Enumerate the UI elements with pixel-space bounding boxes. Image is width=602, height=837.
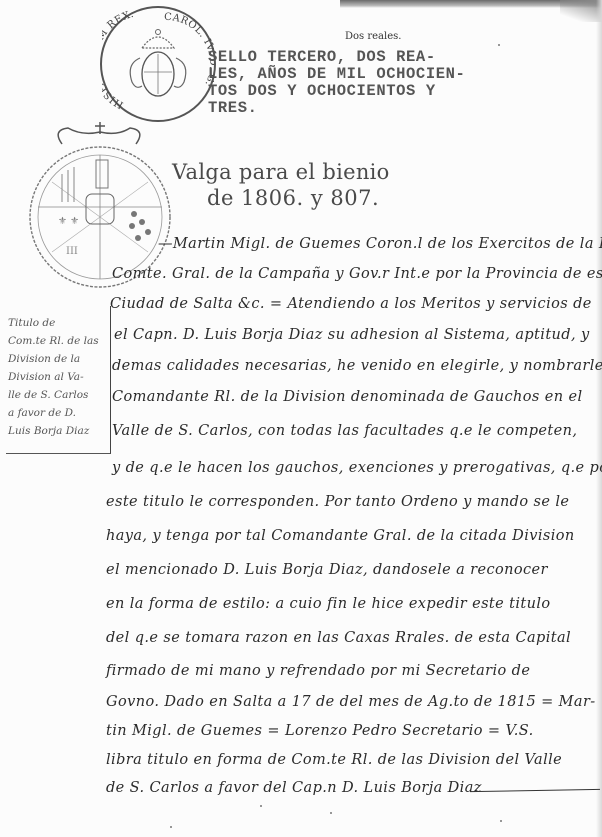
body-line: —Martin Migl. de Guemes Coron.l de los E… xyxy=(158,236,602,252)
margin-line: Titulo de xyxy=(8,314,108,332)
stamp-printed-text: Sello tercero, dos rea- les, años de mil… xyxy=(208,49,598,117)
stamp-line: tos dos y ochocientos y xyxy=(208,83,598,100)
ink-speck xyxy=(498,44,500,46)
body-line: haya, y tenga por tal Comandante Gral. d… xyxy=(106,528,575,544)
margin-annotation: Titulo de Com.te Rl. de las Division de … xyxy=(8,314,108,440)
body-line: Comandante Rl. de la Division denominada… xyxy=(112,389,583,405)
body-line: del q.e se tomara razon en las Caxas Rra… xyxy=(106,630,571,646)
ink-speck xyxy=(330,812,332,814)
ink-speck xyxy=(170,826,172,828)
body-line: firmado de mi mano y refrendado por mi S… xyxy=(106,663,530,679)
body-line: Ciudad de Salta &c. = Atendiendo a los M… xyxy=(110,296,592,312)
royal-seal-stamp-icon: HISPANIARUM REX. CAROL. IV. D. G. xyxy=(100,6,216,122)
svg-text:⚜ ⚜: ⚜ ⚜ xyxy=(58,216,79,227)
body-line: de S. Carlos a favor del Cap.n D. Luis B… xyxy=(106,780,482,796)
margin-line: Division de la xyxy=(8,350,108,368)
body-line: el Capn. D. Luis Borja Diaz su adhesion … xyxy=(114,327,590,343)
stamp-value-heading: Dos reales. xyxy=(345,31,401,42)
margin-line: Luis Borja Diaz xyxy=(8,422,108,440)
stamp-line: Sello tercero, dos rea- xyxy=(208,49,598,66)
body-line: este titulo le corresponden. Por tanto O… xyxy=(106,494,569,510)
body-line: Govno. Dado en Salta a 17 de del mes de … xyxy=(106,694,596,710)
body-line: y de q.e le hacen los gauchos, exencione… xyxy=(112,460,602,476)
ink-speck xyxy=(260,805,262,807)
stamp-line: tres. xyxy=(208,100,598,117)
body-line: el mencionado D. Luis Borja Diaz, dandos… xyxy=(106,562,548,578)
margin-line: a favor de D. xyxy=(8,404,108,422)
closing-rule xyxy=(470,789,600,792)
body-line: libra titulo en forma de Com.te Rl. de l… xyxy=(106,752,562,768)
ink-speck xyxy=(500,820,502,822)
stamp-line: les, años de mil ochocien- xyxy=(208,66,598,83)
margin-line: lle de S. Carlos xyxy=(8,386,108,404)
paper-right-edge xyxy=(596,0,602,837)
margin-line: Division al Va- xyxy=(8,368,108,386)
validation-line-2: de 1806. y 807. xyxy=(207,186,379,210)
body-line: demas calidades necesarias, he venido en… xyxy=(112,358,602,374)
body-line: en la forma de estilo: a cuio fin le hic… xyxy=(106,596,551,612)
body-line: tin Migl. de Guemes = Lorenzo Pedro Secr… xyxy=(106,723,534,739)
svg-text:HISPANIARUM REX.: HISPANIARUM REX. xyxy=(102,9,135,110)
body-line: Comte. Gral. de la Campaña y Gov.r Int.e… xyxy=(112,266,602,282)
svg-text:III: III xyxy=(66,246,78,257)
validation-line-1: Valga para el bienio xyxy=(172,160,390,184)
body-line: Valle de S. Carlos, con todas las facult… xyxy=(112,423,577,439)
svg-text:CAROL. IV. D. G.: CAROL. IV. D. G. xyxy=(164,12,214,88)
margin-line: Com.te Rl. de las xyxy=(8,332,108,350)
document-page: HISPANIARUM REX. CAROL. IV. D. G. Dos re… xyxy=(0,0,602,837)
